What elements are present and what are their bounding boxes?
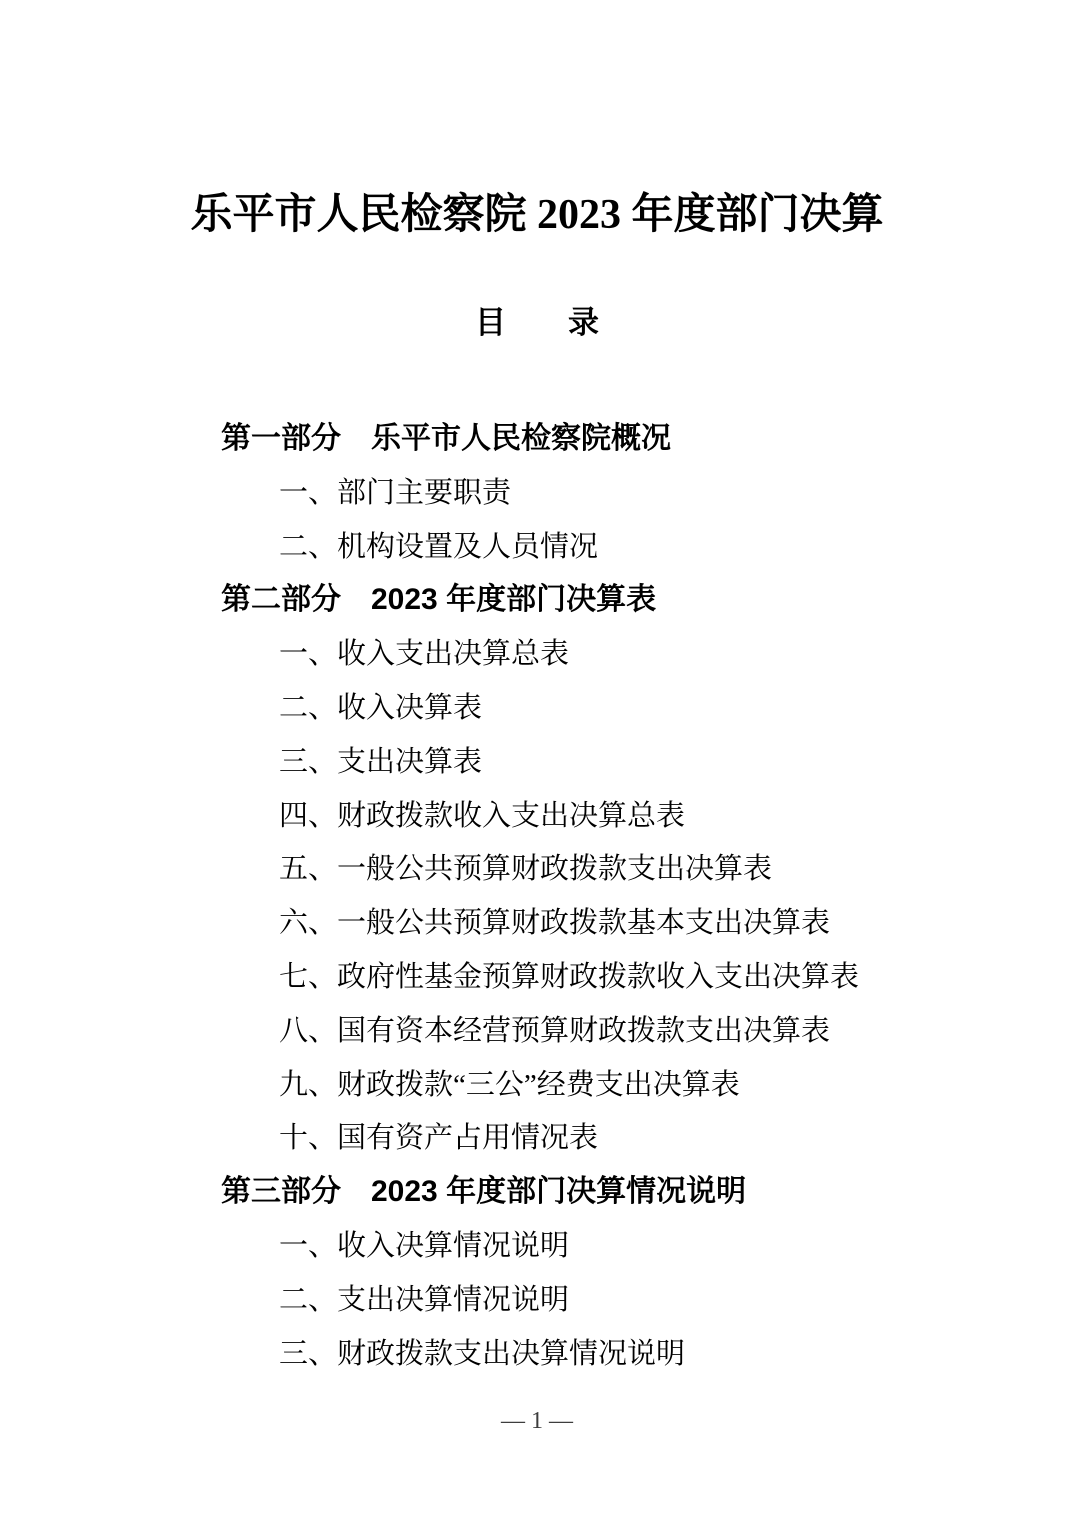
toc-section-heading: 第三部分 2023 年度部门决算情况说明 [0, 1175, 1074, 1229]
toc-section-heading: 第一部分 乐平市人民检察院概况 [0, 422, 1074, 476]
toc-list: 第一部分 乐平市人民检察院概况 一、部门主要职责 二、机构设置及人员情况 第二部… [0, 422, 1074, 1390]
toc-item: 三、支出决算表 [0, 745, 1074, 799]
toc-item: 一、收入支出决算总表 [0, 637, 1074, 691]
toc-item: 一、部门主要职责 [0, 476, 1074, 530]
toc-item: 一、收入决算情况说明 [0, 1229, 1074, 1283]
toc-item: 五、一般公共预算财政拨款支出决算表 [0, 852, 1074, 906]
page-title: 乐平市人民检察院 2023 年度部门决算 [0, 191, 1074, 239]
toc-item: 九、财政拨款“三公”经费支出决算表 [0, 1068, 1074, 1122]
document-page: 乐平市人民检察院 2023 年度部门决算 目 录 第一部分 乐平市人民检察院概况… [0, 0, 1074, 1520]
toc-heading: 目 录 [0, 305, 1074, 341]
toc-item: 八、国有资本经营预算财政拨款支出决算表 [0, 1014, 1074, 1068]
toc-item: 三、财政拨款支出决算情况说明 [0, 1337, 1074, 1391]
toc-item: 七、政府性基金预算财政拨款收入支出决算表 [0, 960, 1074, 1014]
toc-item: 二、支出决算情况说明 [0, 1283, 1074, 1337]
page-number: — 1 — [0, 1406, 1074, 1436]
toc-item: 二、机构设置及人员情况 [0, 530, 1074, 584]
toc-item: 二、收入决算表 [0, 691, 1074, 745]
toc-section-heading: 第二部分 2023 年度部门决算表 [0, 583, 1074, 637]
toc-item: 十、国有资产占用情况表 [0, 1121, 1074, 1175]
toc-item: 六、一般公共预算财政拨款基本支出决算表 [0, 906, 1074, 960]
toc-item: 四、财政拨款收入支出决算总表 [0, 799, 1074, 853]
